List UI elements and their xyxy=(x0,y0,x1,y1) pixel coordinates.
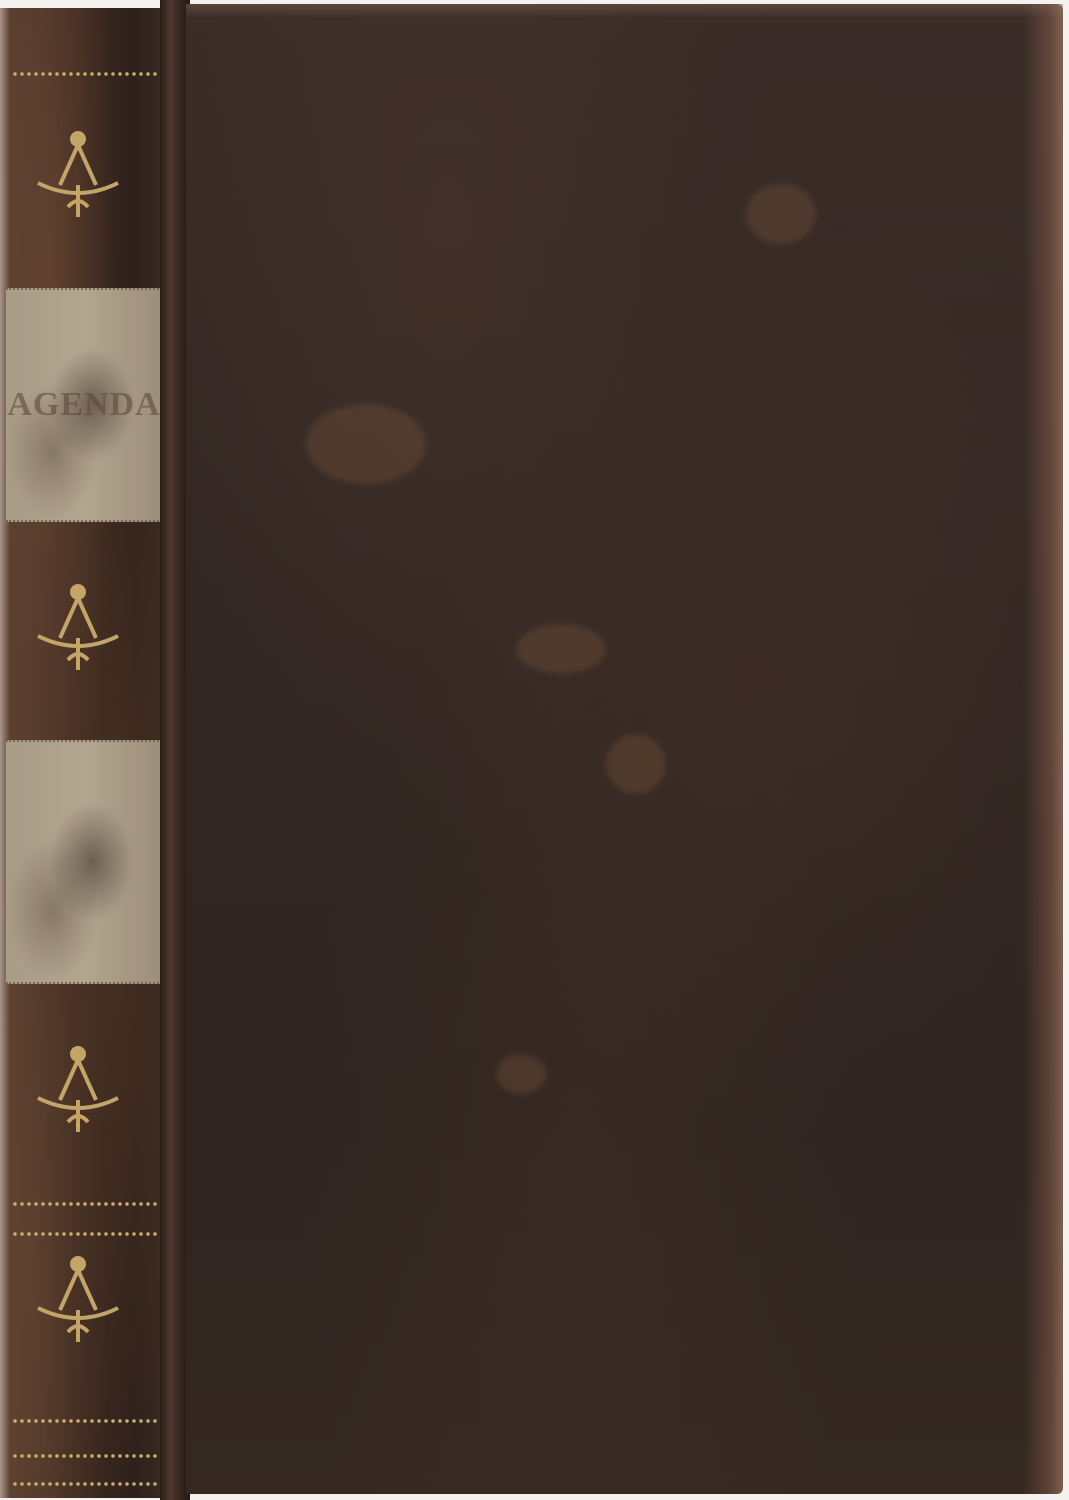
scuff-mark xyxy=(306,404,426,484)
cover-edge-wear xyxy=(1023,4,1063,1494)
scuff-mark xyxy=(746,184,816,244)
gilt-band xyxy=(12,1228,158,1240)
gilt-band-top xyxy=(12,68,158,80)
scuff-mark xyxy=(496,1054,546,1094)
scuff-mark xyxy=(516,624,606,674)
gilt-band xyxy=(12,1415,158,1427)
fleuron-ornament-icon xyxy=(28,125,128,225)
fleuron-ornament-icon xyxy=(28,578,128,678)
fleuron-ornament-icon xyxy=(28,1040,128,1140)
gilt-band-bottom xyxy=(12,1478,158,1490)
spine-volume-label xyxy=(6,740,162,984)
spine-title-label: AGENDA xyxy=(6,288,162,522)
cover-wear xyxy=(186,4,1063,18)
fleuron-ornament-icon xyxy=(28,1250,128,1350)
spine-title-text: AGENDA xyxy=(7,386,160,424)
scuff-mark xyxy=(606,734,666,794)
gilt-band xyxy=(12,1450,158,1462)
book-photo: AGENDA xyxy=(0,0,1069,1500)
gilt-band xyxy=(12,1198,158,1210)
front-cover xyxy=(186,4,1063,1494)
